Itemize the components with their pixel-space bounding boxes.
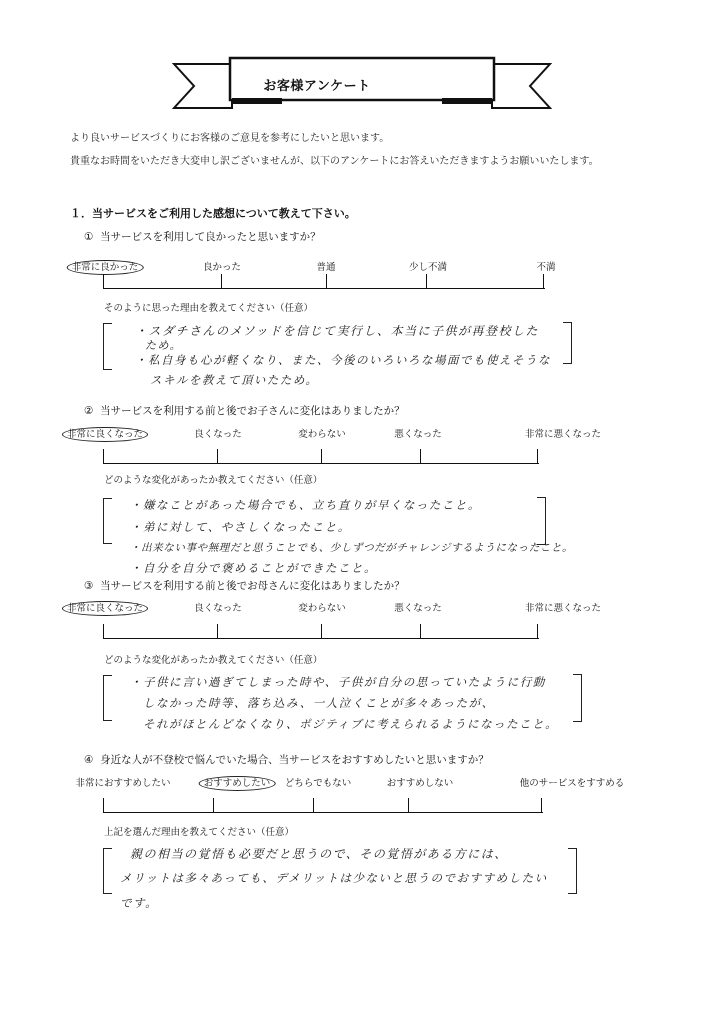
scale-tick [217,624,218,638]
answer-bracket-left [103,848,112,894]
section-title: １．当サービスをご利用した感想について教えて下さい。 [70,205,356,221]
scale-tick [543,274,544,288]
scale-tick [537,624,538,638]
option-4[interactable]: 悪くなった [394,600,442,614]
answer-bracket-right [563,322,572,364]
option-5[interactable]: 不満 [536,259,555,273]
question-text: 身近な人が不登校で悩んでいた場合、当サービスをおすすめしたいと思いますか？ [100,754,489,766]
change-prompt: どのような変化があったか教えてください（任意） [104,472,322,486]
scale-tick [541,798,542,812]
scale-tick [420,624,421,638]
question-number: ④ [84,754,93,766]
answer-line: メリットは多々あっても、デメリットは少ないと思うのでおすすめしたい [120,870,548,886]
scale-tick [420,449,421,463]
option-5[interactable]: 非常に悪くなった [525,426,601,440]
answer-line: しなかった時等、落ち込み、一人泣くことが多々あったが、 [143,695,495,711]
question-text: 当サービスを利用して良かったと思いますか？ [100,231,321,243]
option-1[interactable]: 非常におすすめしたい [75,775,170,789]
answer-line: です。 [120,895,158,911]
rating-scale-line [103,812,543,813]
question-text: 当サービスを利用する前と後でお母さんに変化はありましたか？ [100,580,405,592]
option-1-selected[interactable]: 非常に良くなった [62,600,148,614]
reason-prompt: 上記を選んだ理由を教えてください（任意） [104,824,294,838]
option-3[interactable]: 普通 [316,259,335,273]
scale-tick [426,274,427,288]
scale-tick [103,798,104,812]
answer-bracket-left [103,675,112,721]
question-1: ① 当サービスを利用して良かったと思いますか？ [84,229,321,244]
intro-line-1: より良いサービスづくりにお客様のご意見を参考にしたいと思います。 [70,129,389,144]
rating-scale-line [103,288,545,289]
option-2[interactable]: 良くなった [194,426,242,440]
intro-line-2: 貴重なお時間をいただき大変申し訳ございませんが、以下のアンケートにお答えいただき… [70,152,599,167]
scale-tick [313,798,314,812]
answer-bracket-right [568,848,577,894]
answer-line: ため。 [145,337,182,353]
answer-line: ・私自身も心が軽くなり、また、今後のいろいろな場面でも使えそうな [135,352,551,368]
option-1-selected[interactable]: 非常に良くなった [62,426,148,440]
scale-tick [221,274,222,288]
scale-tick [103,624,104,638]
option-4[interactable]: おすすめしない [387,775,454,789]
option-4[interactable]: 少し不満 [409,259,447,273]
question-number: ② [84,405,93,417]
answer-bracket-right [537,497,546,545]
scale-tick [321,624,322,638]
option-3[interactable]: どちらでもない [285,775,351,789]
answer-line: ・自分を自分で褒めることができたこと。 [130,560,377,576]
option-3[interactable]: 変わらない [298,600,346,614]
question-text: 当サービスを利用する前と後でお子さんに変化はありましたか？ [100,405,405,417]
question-3: ③ 当サービスを利用する前と後でお母さんに変化はありましたか？ [84,578,405,593]
answer-line: ・弟に対して、やさしくなったこと。 [130,519,351,535]
scale-tick [326,274,327,288]
question-number: ③ [84,580,93,592]
option-2-selected[interactable]: おすすめしたい [199,775,276,789]
answer-line: それがほとんどなくなり、ポジティブに考えられるようになったこと。 [143,716,558,732]
answer-bracket-right [573,674,582,722]
answer-line: ・スダチさんのメソッドを信じて実行し、本当に子供が再登校した [135,322,539,339]
answer-bracket-left [103,498,112,544]
question-number: ① [84,231,93,243]
answer-line: ・嫌なことがあった場合でも、立ち直りが早くなったこと。 [130,497,481,513]
rating-scale-line [103,463,539,464]
scale-tick [213,798,214,812]
scale-tick [321,449,322,463]
page-title: お客様アンケート [237,75,397,94]
answer-line: ・子供に言い過ぎてしまった時や、子供が自分の思っていたように行動 [130,674,546,690]
scale-tick [103,449,104,463]
scale-tick [537,449,538,463]
question-4: ④ 身近な人が不登校で悩んでいた場合、当サービスをおすすめしたいと思いますか？ [84,752,489,767]
question-2: ② 当サービスを利用する前と後でお子さんに変化はありましたか？ [84,403,405,418]
option-5[interactable]: 他のサービスをすすめる [520,775,625,789]
option-3[interactable]: 変わらない [298,426,346,440]
answer-line: ・出来ない事や無理だと思うことでも、少しずつだがチャレンジするようになったこと。 [130,540,573,555]
reason-prompt: そのように思った理由を教えてください（任意） [104,300,313,314]
option-5[interactable]: 非常に悪くなった [525,600,601,614]
rating-scale-line [103,638,539,639]
change-prompt: どのような変化があったか教えてください（任意） [104,652,322,666]
scale-tick [408,798,409,812]
option-4[interactable]: 悪くなった [394,426,442,440]
scale-tick [103,274,104,288]
scale-tick [217,449,218,463]
option-1-selected[interactable]: 非常に良かった [67,259,144,273]
answer-line: スキルを教えて頂いたため。 [150,372,318,388]
option-2[interactable]: 良かった [203,259,241,273]
answer-bracket-left [103,323,112,370]
option-2[interactable]: 良くなった [194,600,242,614]
answer-line: 親の相当の覚悟も必要だと思うので、その覚悟がある方には、 [130,845,508,862]
